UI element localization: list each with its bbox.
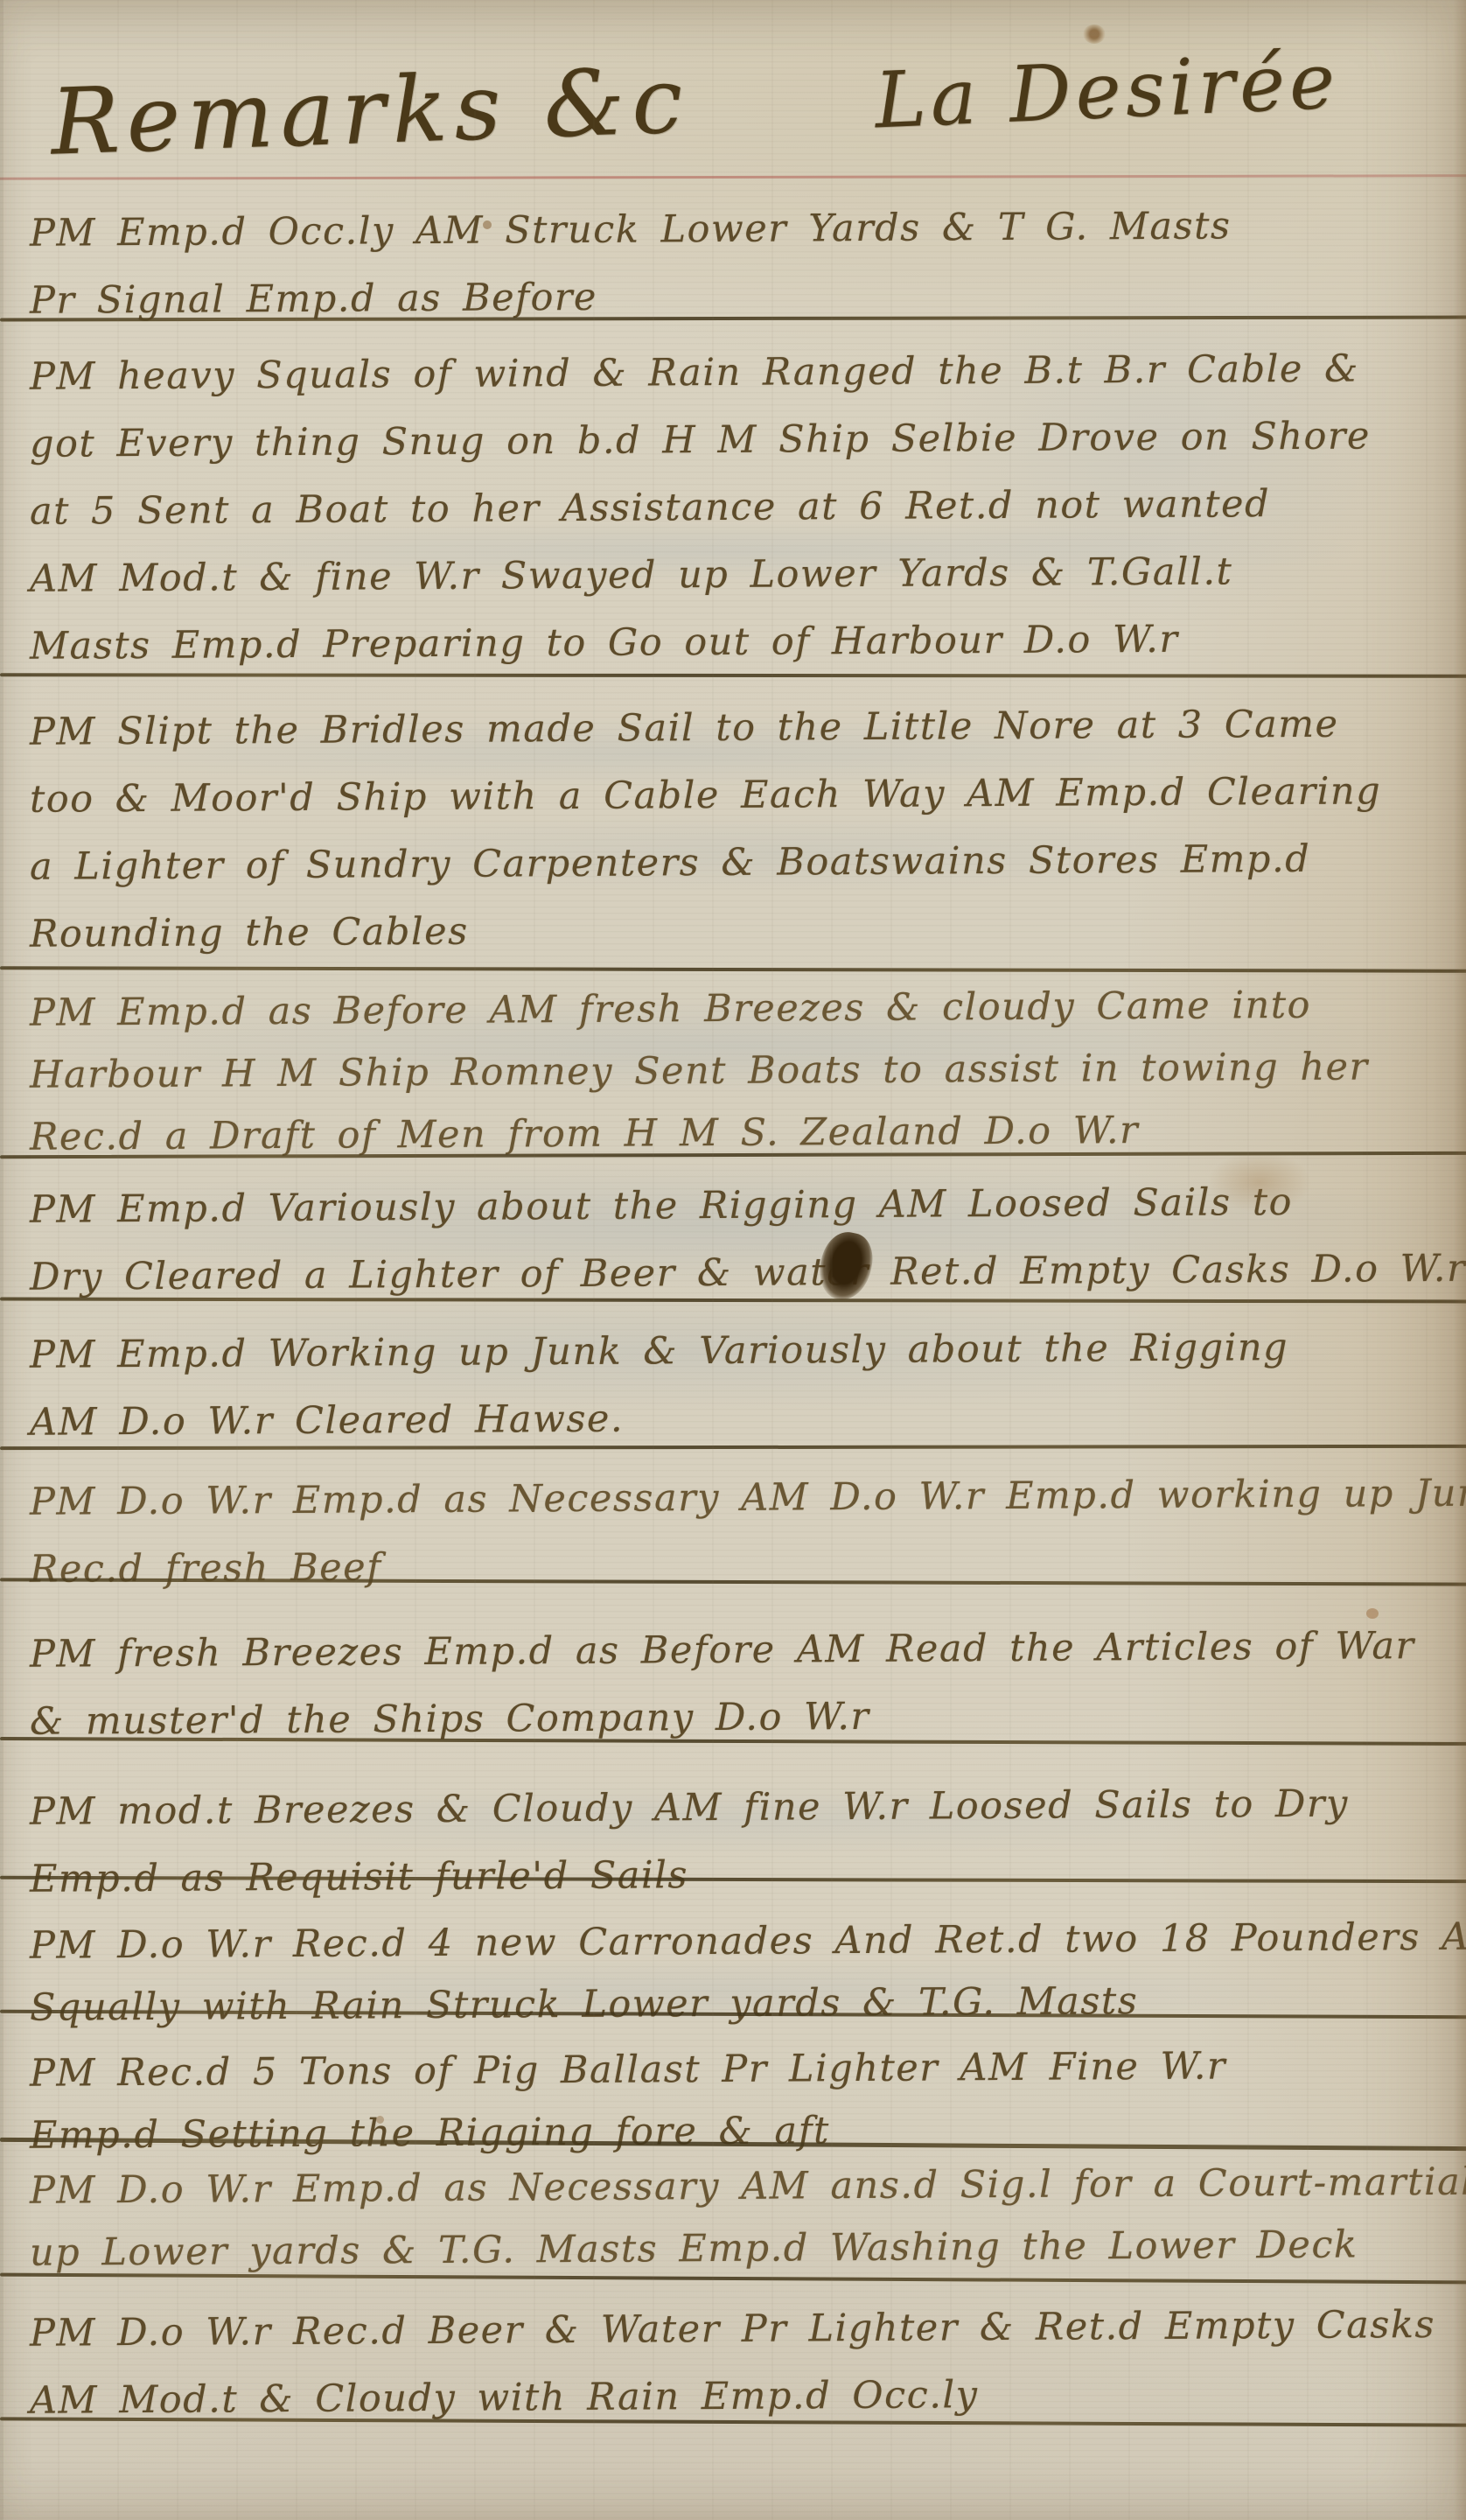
- log-line: PM D.o W.r Emp.d as Necessary AM ans.d S…: [0, 2151, 1466, 2222]
- log-line: Harbour H M Ship Romney Sent Boats to as…: [0, 1035, 1466, 1106]
- log-entry: PM heavy Squals of wind & Rain Ranged th…: [0, 343, 1466, 680]
- ink-dot-stain: [1083, 24, 1106, 44]
- page-title-remarks: Remarks &c: [49, 46, 691, 175]
- log-line: Emp.d as Requisit furle'd Sails: [0, 1837, 1466, 1913]
- log-entry: PM D.o W.r Rec.d 4 new Carronades And Re…: [0, 1914, 1466, 2039]
- log-line: PM mod.t Breezes & Cloudy AM fine W.r Lo…: [0, 1769, 1466, 1845]
- log-entry: PM mod.t Breezes & Cloudy AM fine W.r Lo…: [0, 1778, 1466, 1913]
- log-line: PM Emp.d Working up Junk & Variously abo…: [0, 1312, 1466, 1389]
- log-line: PM Rec.d 5 Tons of Pig Ballast Pr Lighte…: [0, 2033, 1466, 2104]
- header-rule: [0, 174, 1466, 180]
- log-line: at 5 Sent a Boat to her Assistance at 6 …: [0, 469, 1466, 545]
- log-entry: PM Emp.d as Before AM fresh Breezes & cl…: [0, 982, 1466, 1168]
- log-line: too & Moor'd Ship with a Cable Each Way …: [0, 757, 1466, 833]
- log-line: Rounding the Cables: [0, 892, 1466, 968]
- log-entry: PM Emp.d Working up Junk & Variously abo…: [0, 1321, 1466, 1456]
- log-line: AM Mod.t & fine W.r Swayed up Lower Yard…: [0, 536, 1466, 612]
- log-line: Pr Signal Emp.d as Before: [0, 258, 1466, 334]
- log-line: Masts Emp.d Preparing to Go out of Harbo…: [0, 604, 1466, 680]
- logbook-page: Remarks &c La Desirée PM Emp.d Occ.ly AM…: [0, 0, 1466, 2520]
- log-line: got Every thing Snug on b.d H M Ship Sel…: [0, 402, 1466, 478]
- log-line: PM Emp.d as Before AM fresh Breezes & cl…: [0, 973, 1466, 1044]
- log-line: PM D.o W.r Emp.d as Necessary AM D.o W.r…: [0, 1459, 1466, 1536]
- log-line: PM fresh Breezes Emp.d as Before AM Read…: [0, 1612, 1466, 1688]
- log-line: PM D.o W.r Rec.d 4 new Carronades And Re…: [0, 1906, 1466, 1977]
- log-entry: PM Emp.d Occ.ly AM Struck Lower Yards & …: [0, 199, 1466, 334]
- log-line: PM heavy Squals of wind & Rain Ranged th…: [0, 334, 1466, 410]
- log-line: Squally with Rain Struck Lower yards & T…: [0, 1968, 1466, 2039]
- log-entry: PM Emp.d Variously about the Rigging AM …: [0, 1176, 1466, 1311]
- log-line: PM Emp.d Variously about the Rigging AM …: [0, 1167, 1466, 1243]
- log-line: up Lower yards & T.G. Masts Emp.d Washin…: [0, 2213, 1466, 2284]
- log-entry: PM Slipt the Bridles made Sail to the Li…: [0, 698, 1466, 968]
- log-entry: PM D.o W.r Rec.d Beer & Water Pr Lighter…: [0, 2299, 1466, 2434]
- log-line: PM Slipt the Bridles made Sail to the Li…: [0, 689, 1466, 766]
- log-line: a Lighter of Sundry Carpenters & Boatswa…: [0, 824, 1466, 900]
- log-line: Rec.d fresh Beef: [0, 1527, 1466, 1603]
- log-line: PM Emp.d Occ.ly AM Struck Lower Yards & …: [0, 191, 1466, 267]
- log-entry: PM D.o W.r Emp.d as Necessary AM ans.d S…: [0, 2159, 1466, 2284]
- log-line: PM D.o W.r Rec.d Beer & Water Pr Lighter…: [0, 2291, 1466, 2367]
- ship-name-title: La Desirée: [873, 35, 1341, 145]
- log-entry: PM fresh Breezes Emp.d as Before AM Read…: [0, 1620, 1466, 1755]
